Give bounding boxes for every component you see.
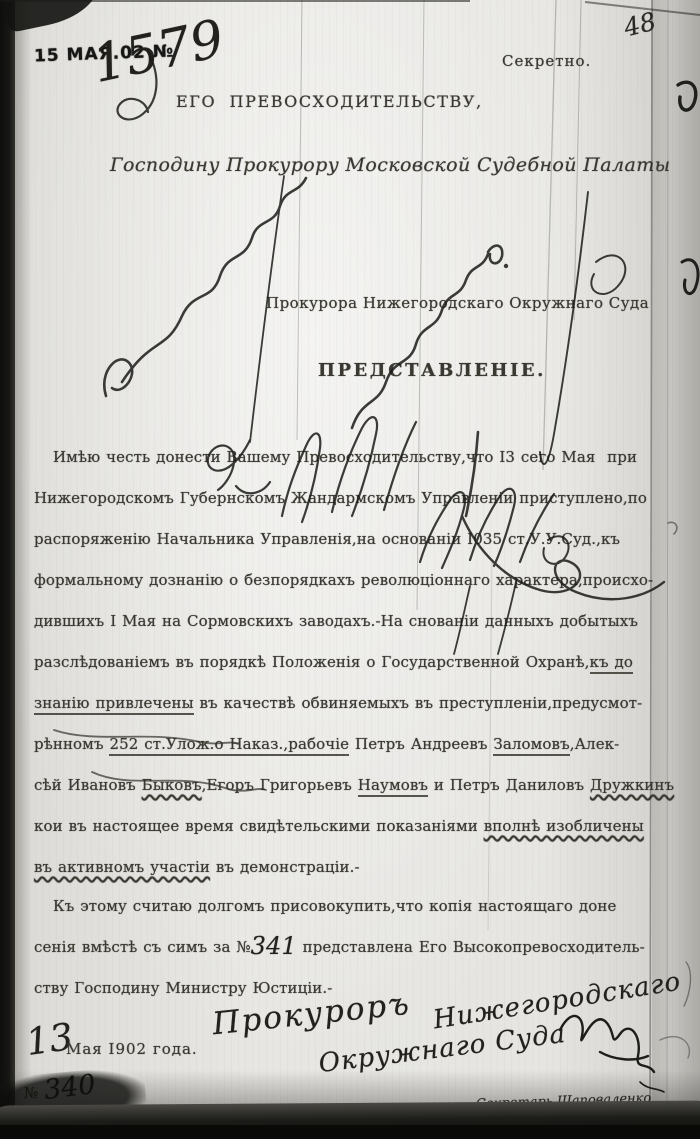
body-line-9: сѣй Ивановъ Быковъ,Егоръ Григорьевъ Наум…	[34, 776, 674, 794]
body-line-11: въ активномъ участіи въ демонстраціи.-	[34, 858, 360, 876]
body-line-14: ству Господину Министру Юстиціи.-	[34, 979, 332, 997]
binding-edge	[0, 0, 15, 1139]
photo-edge-line	[0, 0, 470, 2]
document-scan-page: 15 МАЯ.02 № 1579 48 Секретно. ЕГО ПРЕВОС…	[0, 0, 700, 1139]
body-text: въ демонстраціи.-	[210, 858, 360, 876]
body-text: ,Егоръ Григорьевъ	[202, 776, 358, 794]
classification-label: Секретно.	[502, 52, 591, 70]
salutation: ЕГО ПРЕВОСХОДИТЕЛЬСТВУ,	[176, 92, 483, 111]
underlined-text: Дружкинъ	[590, 776, 674, 794]
underlined-text: вполнѣ изобличены	[484, 817, 644, 835]
handwritten-incoming-number: 1579	[87, 9, 229, 95]
addressee-line: Господину Прокурору Московской Судебной …	[110, 154, 671, 176]
body-line-5: дившихъ I Мая на Сормовскихъ заводахъ.-Н…	[34, 612, 638, 630]
body-line-7: знанію привлечены въ качествѣ обвиняемых…	[34, 694, 642, 712]
underlined-text: къ до	[590, 653, 633, 674]
body-text: представлена Его Высокопревосходитель-	[297, 938, 645, 956]
body-text: ,Алек-	[570, 735, 620, 753]
body-line-1: Имѣю честь донести Вашему Превосходитель…	[53, 448, 637, 466]
sender-line: Прокурора Нижегородскаго Окружнаго Суда	[266, 294, 649, 312]
date-line: Мая I902 года.	[66, 1040, 198, 1058]
body-line-4: формальному дознанію о безпорядкахъ рево…	[34, 571, 653, 589]
body-text: и Петръ Даниловъ	[428, 776, 590, 794]
underlined-text: знанію привлечены	[34, 694, 194, 715]
handwritten-scrawl	[104, 52, 664, 654]
binding-shadow	[15, 0, 31, 1139]
body-text: въ качествѣ обвиняемыхъ въ преступленіи,…	[194, 694, 643, 712]
corner-shadow	[0, 0, 104, 33]
body-text: рѣнномъ	[34, 735, 109, 753]
body-line-6: разслѣдованіемъ въ порядкѣ Положенія о Г…	[34, 653, 633, 671]
underlined-text: Быковъ	[142, 776, 202, 794]
bottom-edge	[0, 1125, 700, 1139]
underlined-text: 252 ст.Улож.о Наказ.,рабочіе	[109, 735, 349, 756]
body-line-3: распоряженію Начальника Управленія,на ос…	[34, 530, 620, 548]
body-line-8: рѣнномъ 252 ст.Улож.о Наказ.,рабочіе Пет…	[34, 735, 619, 753]
underlined-text: Наумовъ	[358, 776, 428, 797]
body-line-13: сенія вмѣстѣ съ симъ за №341 представлен…	[34, 938, 645, 956]
underlined-text: Заломовъ	[493, 735, 569, 756]
handwritten-copy-number: 341	[251, 932, 297, 960]
body-line-2: Нижегородскомъ Губернскомъ Жандармскомъ …	[34, 489, 647, 507]
body-text: сенія вмѣстѣ съ симъ за №	[34, 938, 251, 956]
body-text: кои въ настоящее время свидѣтельскими по…	[34, 817, 484, 835]
body-text: разслѣдованіемъ въ порядкѣ Положенія о Г…	[34, 653, 590, 671]
body-text: сѣй Ивановъ	[34, 776, 142, 794]
body-text: Петръ Андреевъ	[349, 735, 493, 753]
body-line-10: кои въ настоящее время свидѣтельскими по…	[34, 817, 644, 835]
underlined-text: въ активномъ участіи	[34, 858, 210, 876]
document-title: ПРЕДСТАВЛЕНІЕ.	[318, 360, 546, 381]
body-line-12: Къ этому считаю долгомъ присовокупить,чт…	[53, 897, 616, 915]
